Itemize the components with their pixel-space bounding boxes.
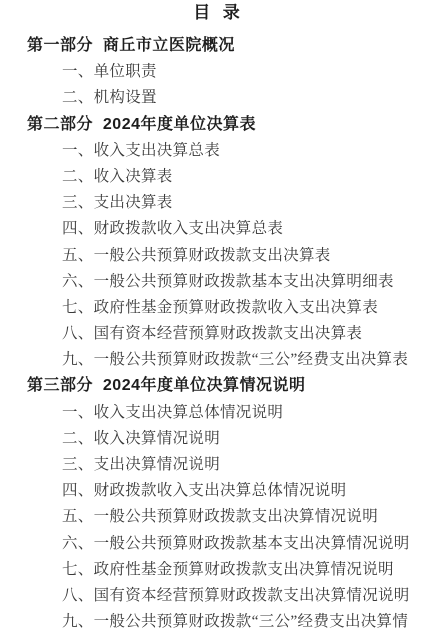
toc-item: 七、政府性基金预算财政拨款支出决算情况说明 bbox=[0, 557, 434, 583]
toc-item: 二、机构设置 bbox=[0, 85, 434, 111]
toc-item: 七、政府性基金预算财政拨款收入支出决算表 bbox=[0, 295, 434, 321]
toc-item: 四、财政拨款收入支出决算总体情况说明 bbox=[0, 478, 434, 504]
toc-item: 一、收入支出决算总体情况说明 bbox=[0, 400, 434, 426]
document-page: 目 录 第一部分 商丘市立医院概况 一、单位职责 二、机构设置 第二部分 202… bbox=[0, 0, 434, 643]
page-title: 目 录 bbox=[0, 3, 434, 23]
toc-item: 一、单位职责 bbox=[0, 59, 434, 85]
toc-item: 八、国有资本经营预算财政拨款支出决算表 bbox=[0, 321, 434, 347]
toc-item: 五、一般公共预算财政拨款支出决算情况说明 bbox=[0, 504, 434, 530]
toc-item: 五、一般公共预算财政拨款支出决算表 bbox=[0, 243, 434, 269]
toc-section-heading-3: 第三部分 2024年度单位决算情况说明 bbox=[0, 373, 434, 399]
toc-section-heading-1: 第一部分 商丘市立医院概况 bbox=[0, 33, 434, 59]
toc-item: 九、一般公共预算财政拨款“三公”经费支出决算情 bbox=[0, 609, 434, 635]
toc-item: 二、收入决算表 bbox=[0, 164, 434, 190]
toc-item: 八、国有资本经营预算财政拨款支出决算情况说明 bbox=[0, 583, 434, 609]
toc-item: 三、支出决算表 bbox=[0, 190, 434, 216]
toc-list: 第一部分 商丘市立医院概况 一、单位职责 二、机构设置 第二部分 2024年度单… bbox=[0, 33, 434, 635]
toc-item: 二、收入决算情况说明 bbox=[0, 426, 434, 452]
toc-item: 六、一般公共预算财政拨款基本支出决算情况说明 bbox=[0, 531, 434, 557]
toc-item: 六、一般公共预算财政拨款基本支出决算明细表 bbox=[0, 269, 434, 295]
toc-item: 四、财政拨款收入支出决算总表 bbox=[0, 216, 434, 242]
toc-item: 三、支出决算情况说明 bbox=[0, 452, 434, 478]
toc-section-heading-2: 第二部分 2024年度单位决算表 bbox=[0, 112, 434, 138]
toc-item: 九、一般公共预算财政拨款“三公”经费支出决算表 bbox=[0, 347, 434, 373]
toc-item: 一、收入支出决算总表 bbox=[0, 138, 434, 164]
